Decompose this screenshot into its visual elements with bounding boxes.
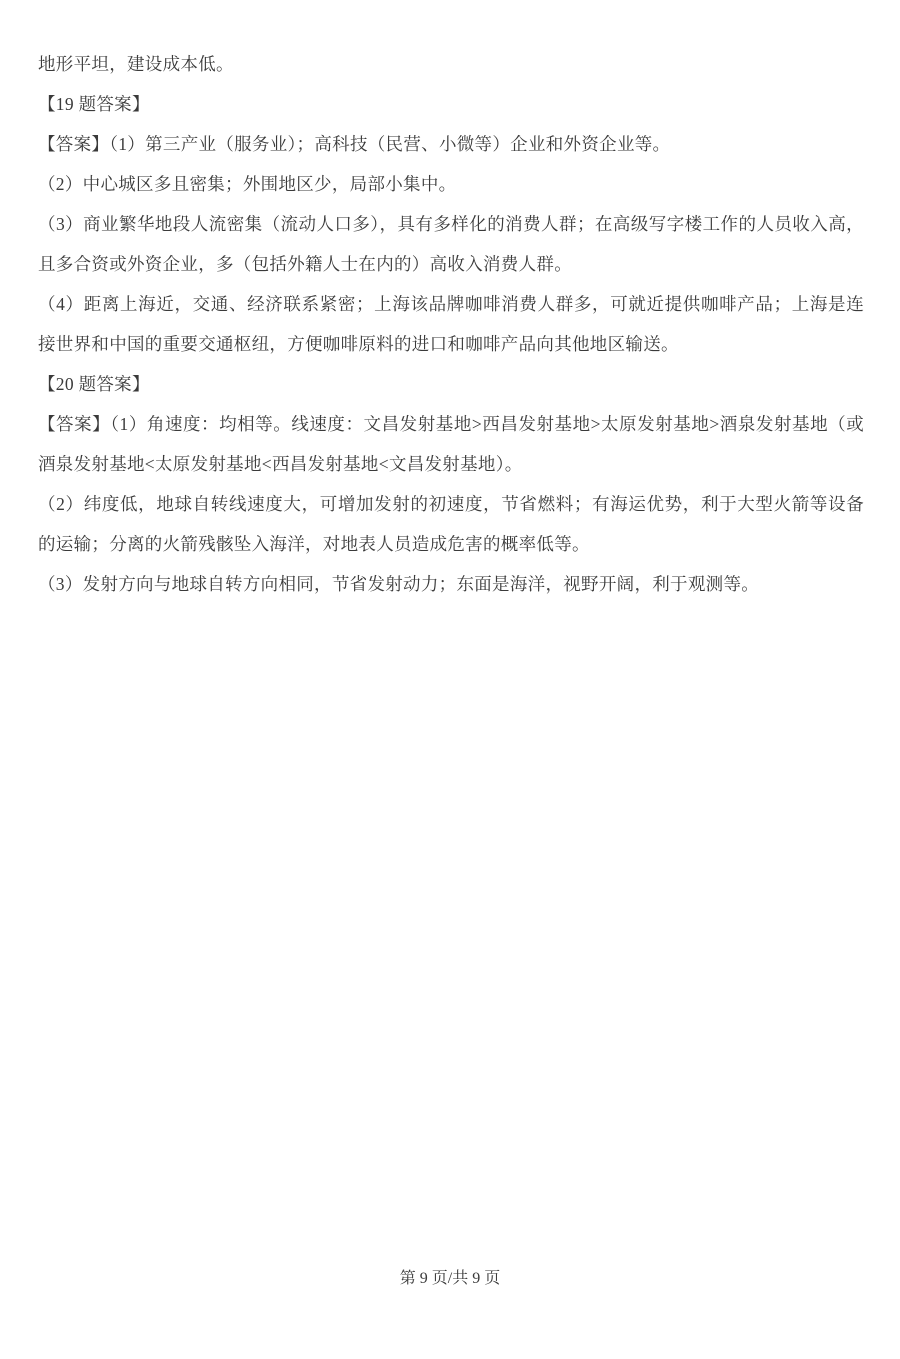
answer-19-item-2: （2）中心城区多且密集；外围地区少，局部小集中。 bbox=[38, 164, 864, 204]
answer-19-item-3: （3）商业繁华地段人流密集（流动人口多），具有多样化的消费人群；在高级写字楼工作… bbox=[38, 204, 864, 284]
answer-19-item-4: （4）距离上海近，交通、经济联系紧密；上海该品牌咖啡消费人群多，可就近提供咖啡产… bbox=[38, 284, 864, 364]
answer-19-item-1: 【答案】（1）第三产业（服务业）；高科技（民营、小微等）企业和外资企业等。 bbox=[38, 124, 864, 164]
document-body: 地形平坦，建设成本低。 【19 题答案】 【答案】（1）第三产业（服务业）；高科… bbox=[38, 0, 864, 604]
answer-20-heading: 【20 题答案】 bbox=[38, 364, 864, 404]
page-footer: 第 9 页/共 9 页 bbox=[0, 1268, 900, 1290]
body-text-continuation: 地形平坦，建设成本低。 bbox=[38, 44, 864, 84]
answer-20-item-3: （3）发射方向与地球自转方向相同，节省发射动力；东面是海洋，视野开阔，利于观测等… bbox=[38, 564, 864, 604]
answer-20-item-1: 【答案】（1）角速度：均相等。线速度：文昌发射基地>西昌发射基地>太原发射基地>… bbox=[38, 404, 864, 484]
answer-20-item-2: （2）纬度低，地球自转线速度大，可增加发射的初速度，节省燃料；有海运优势，利于大… bbox=[38, 484, 864, 564]
page-number-label: 第 9 页/共 9 页 bbox=[400, 1270, 500, 1287]
answer-19-heading: 【19 题答案】 bbox=[38, 84, 864, 124]
document-page: 地形平坦，建设成本低。 【19 题答案】 【答案】（1）第三产业（服务业）；高科… bbox=[0, 0, 900, 1359]
